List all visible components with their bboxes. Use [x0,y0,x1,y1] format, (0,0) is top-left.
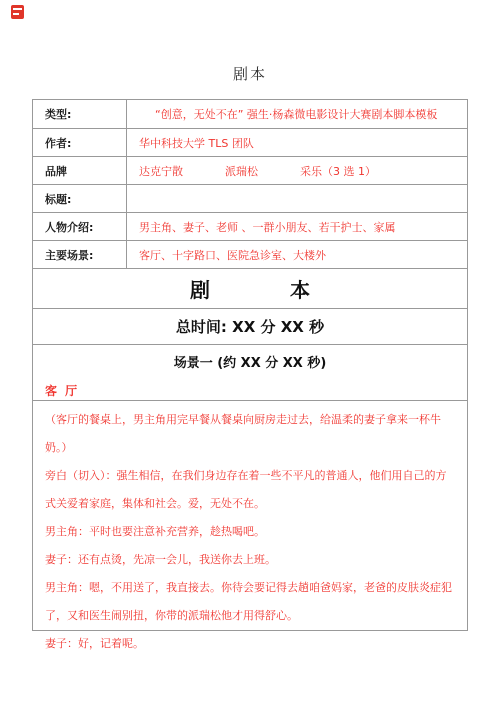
row-value-scenes: 客厅、十字路口、医院急诊室、大楼外 [127,241,467,268]
row-label-author: 作者: [33,129,127,156]
script-title-right: 本 [290,274,310,303]
table-row: 主要场景: 客厅、十字路口、医院急诊室、大楼外 [33,240,467,268]
scene-heading: 场景一 (约 XX 分 XX 秒) [33,352,467,371]
scene-header-cell: 场景一 (约 XX 分 XX 秒) 客 厅 [33,344,467,400]
table-row: 人物介绍: 男主角、妻子、老师 、一群小朋友、若干护士、家属 [33,212,467,240]
page-title: 剧本 [0,0,500,84]
total-time: 总时间: XX 分 XX 秒 [33,308,467,344]
script-title-left: 剧 [190,274,210,303]
script-line: 男主角：平时也要注意补充营养，趁热喝吧。 [45,518,455,546]
table-row: 品牌 达克宁散 派瑞松 采乐（3 选 1） [33,156,467,184]
brand-option-2: 派瑞松 [225,163,258,179]
row-label-characters: 人物介绍: [33,213,127,240]
row-label-brand: 品牌 [33,157,127,184]
script-line: 妻子：还有点烫，先凉一会儿，我送你去上班。 [45,546,455,574]
row-label-scenes: 主要场景: [33,241,127,268]
brand-option-3: 采乐（3 选 1） [300,163,376,179]
table-row: 类型: “创意，无处不在” 强生·杨森微电影设计大赛剧本脚本模板 [33,100,467,128]
row-value-brand: 达克宁散 派瑞松 采乐（3 选 1） [127,157,467,184]
row-value-title [127,185,467,212]
row-label-type: 类型: [33,100,127,128]
script-body-cell: （客厅的餐桌上，男主角用完早餐从餐桌向厨房走过去，给温柔的妻子拿来一杯牛奶。） … [33,400,467,630]
table-row: 标题: [33,184,467,212]
script-table: 类型: “创意，无处不在” 强生·杨森微电影设计大赛剧本脚本模板 作者: 华中科… [32,99,468,631]
script-main-title: 剧 本 [33,268,467,308]
document-page: 剧本 类型: “创意，无处不在” 强生·杨森微电影设计大赛剧本脚本模板 作者: … [0,0,500,707]
scene-location: 客 厅 [45,382,467,399]
viewer-logo-icon [11,5,24,19]
table-row: 作者: 华中科技大学 TLS 团队 [33,128,467,156]
row-value-type: “创意，无处不在” 强生·杨森微电影设计大赛剧本脚本模板 [127,100,467,128]
row-value-characters: 男主角、妻子、老师 、一群小朋友、若干护士、家属 [127,213,467,240]
script-line: 旁白（切入）：强生相信，在我们身边存在着一些不平凡的普通人，他们用自己的方式关爱… [45,462,455,518]
brand-option-1: 达克宁散 [139,163,183,179]
script-line: （客厅的餐桌上，男主角用完早餐从餐桌向厨房走过去，给温柔的妻子拿来一杯牛奶。） [45,406,455,462]
row-label-title: 标题: [33,185,127,212]
script-line: 妻子：好，记着呢。 [45,630,455,658]
row-value-author: 华中科技大学 TLS 团队 [127,129,467,156]
script-line: 男主角：嗯，不用送了，我直接去。你待会要记得去趟咱爸妈家，老爸的皮肤炎症犯了，又… [45,574,455,630]
